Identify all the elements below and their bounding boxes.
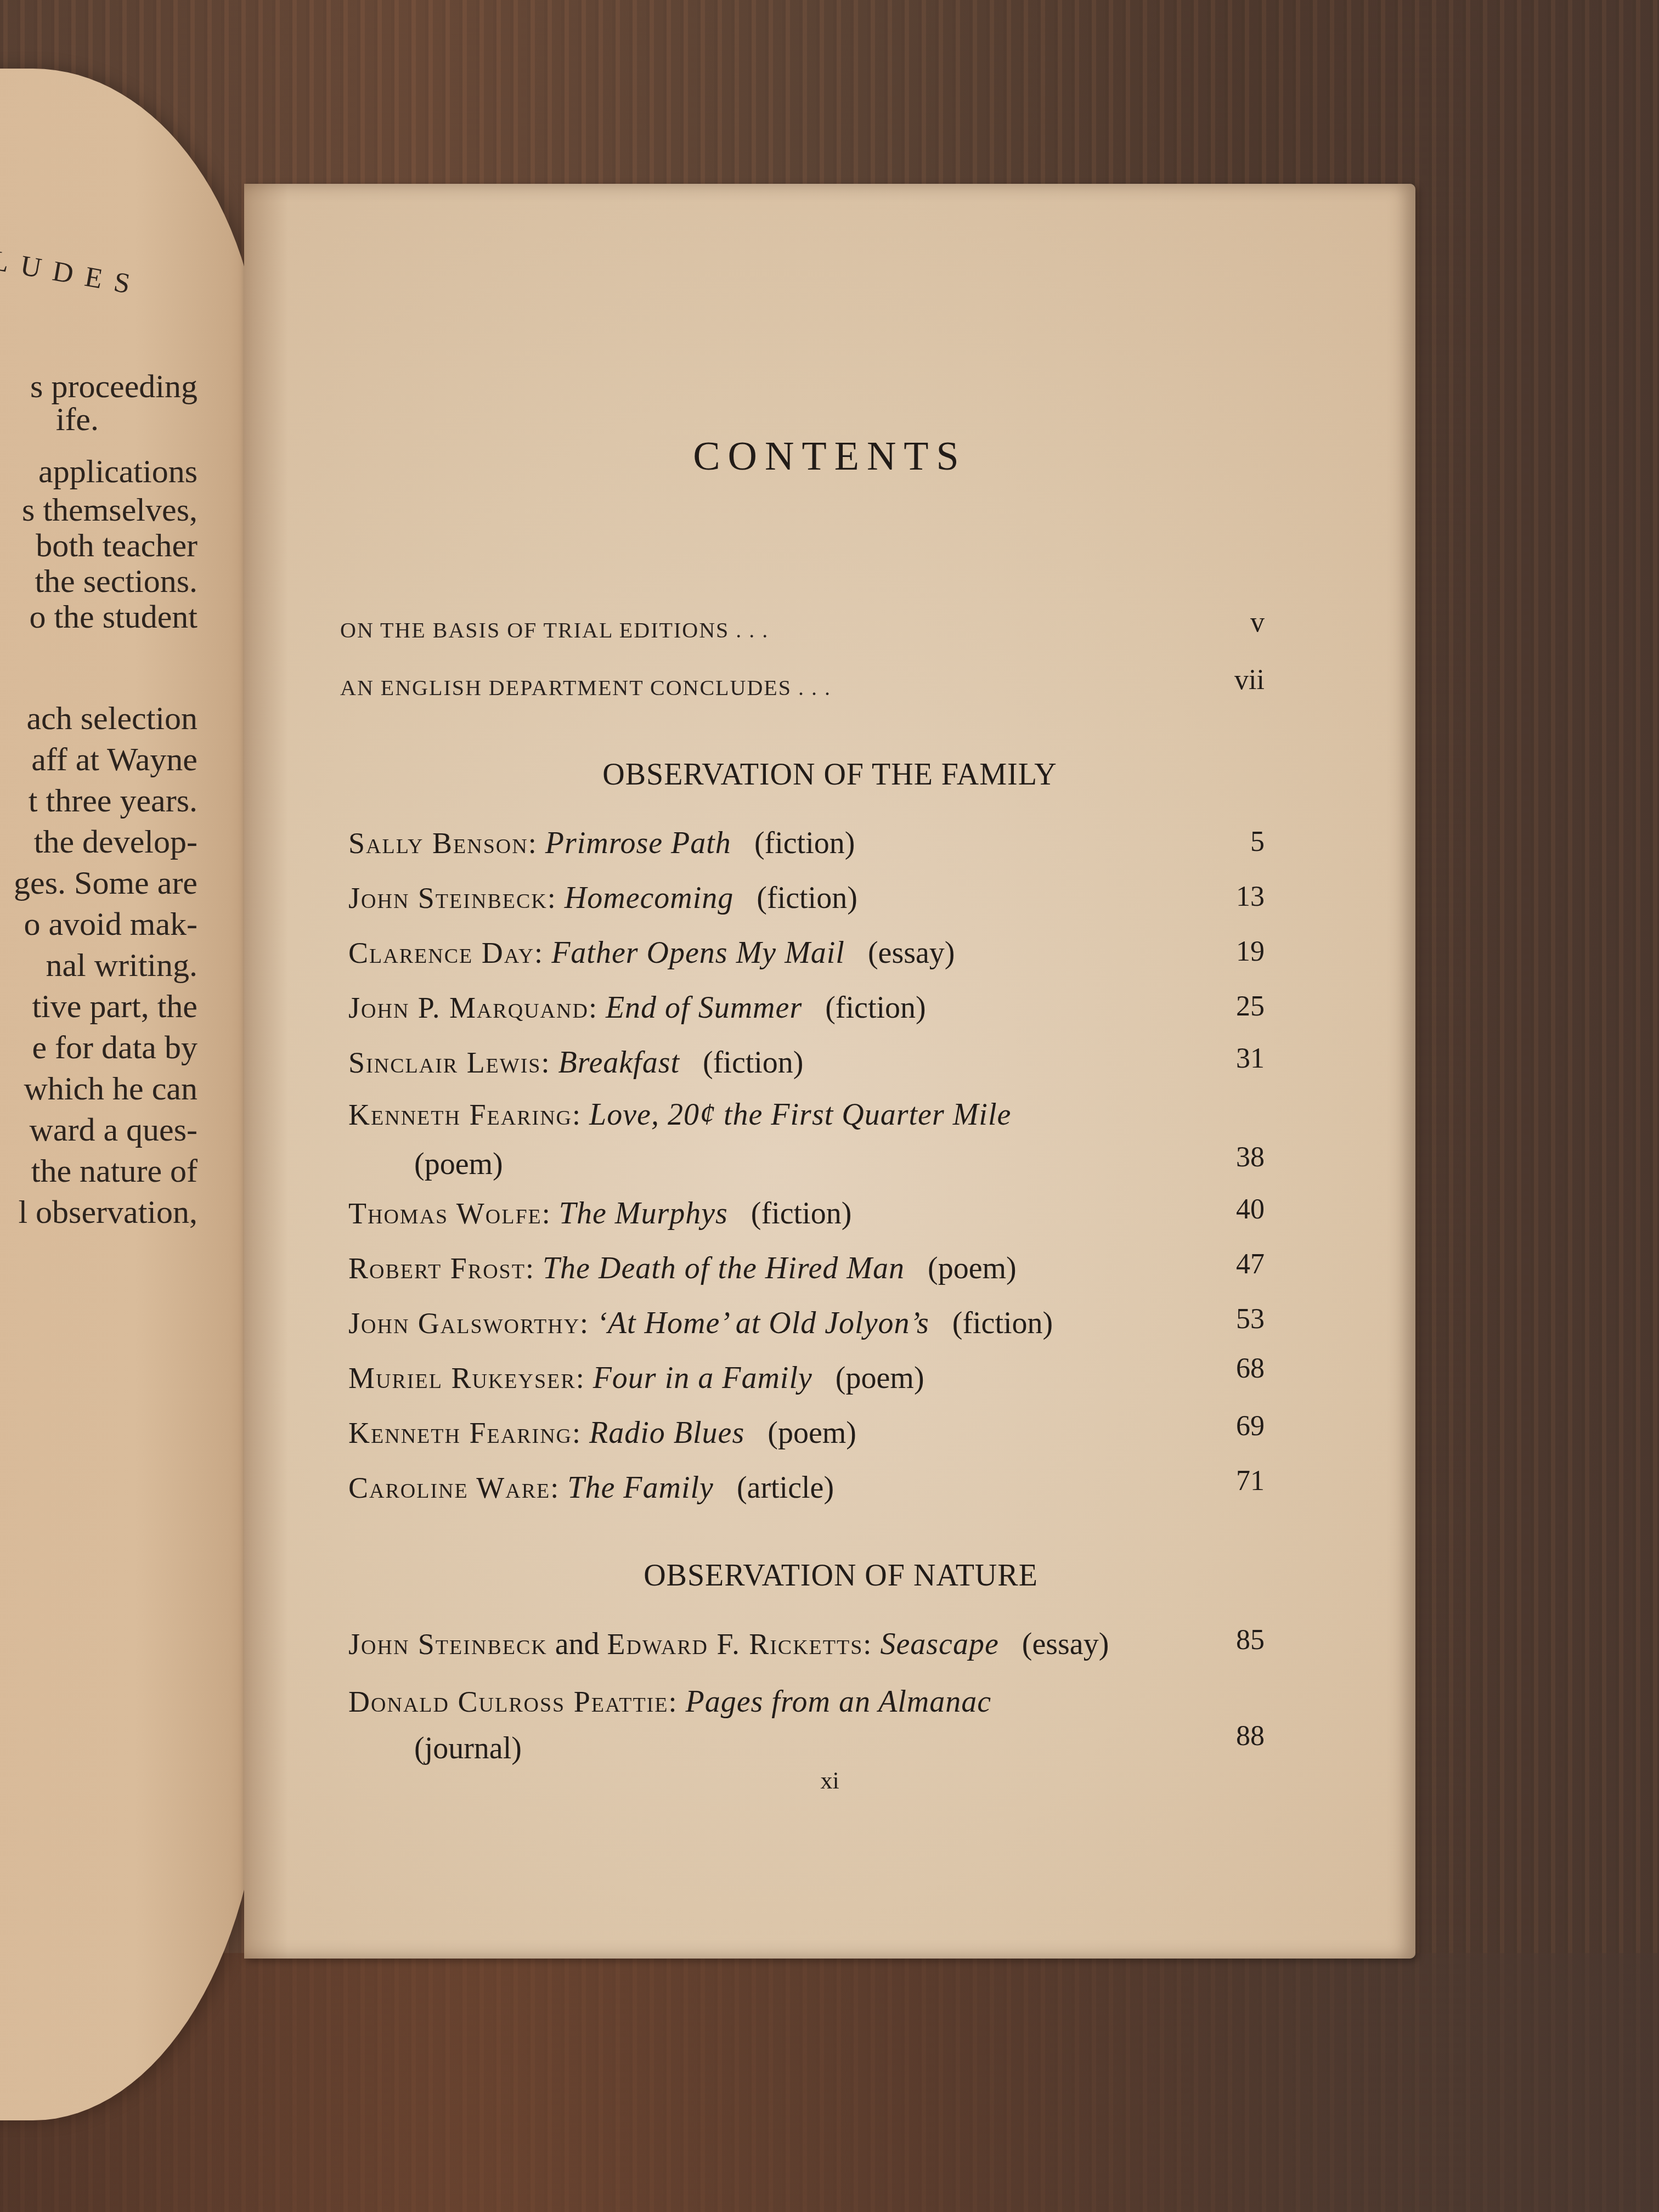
entry-genre: (fiction) bbox=[751, 1197, 851, 1231]
entry-genre: (essay) bbox=[868, 936, 955, 970]
section-heading-family: OBSERVATION OF THE FAMILY bbox=[244, 757, 1415, 792]
toc-page-number: 47 bbox=[1236, 1248, 1265, 1280]
toc-front-matter-row: ON THE BASIS OF TRIAL EDITIONS . . . bbox=[340, 617, 769, 643]
entry-title: The Family bbox=[567, 1471, 714, 1505]
entry-title: Homecoming bbox=[565, 881, 734, 915]
left-line: e for data by bbox=[32, 1029, 198, 1066]
page-folio: xi bbox=[244, 1767, 1415, 1795]
toc-page-number: 38 bbox=[1236, 1141, 1265, 1173]
left-line: ges. Some are bbox=[14, 864, 198, 902]
entry-author: Caroline Ware: bbox=[348, 1471, 560, 1504]
entry-author: John Galsworthy: bbox=[348, 1307, 589, 1340]
left-line: tive part, the bbox=[32, 988, 198, 1025]
entry-genre: (article) bbox=[737, 1471, 834, 1505]
left-line: nal writing. bbox=[46, 946, 198, 984]
left-line: ach selection bbox=[26, 699, 198, 737]
toc-page-number: 88 bbox=[1236, 1720, 1265, 1752]
entry-author: Sally Benson: bbox=[348, 827, 538, 860]
left-line: ife. bbox=[56, 400, 99, 438]
entry-author: Thomas Wolfe: bbox=[348, 1197, 551, 1230]
entry-author: Kenneth Fearing: bbox=[348, 1417, 582, 1449]
entry-genre: (fiction) bbox=[825, 991, 926, 1025]
left-line: applications bbox=[38, 453, 198, 490]
toc-entry: Sally Benson: Primrose Path (fiction) bbox=[348, 826, 855, 861]
toc-entry: John P. Marquand: End of Summer (fiction… bbox=[348, 990, 926, 1025]
toc-entry: Donald Culross Peattie: Pages from an Al… bbox=[348, 1684, 991, 1719]
left-line: s themselves, bbox=[22, 491, 198, 529]
entry-title: Primrose Path bbox=[545, 826, 731, 860]
entry-genre: (poem) bbox=[928, 1251, 1017, 1285]
entry-title: Love, 20¢ the First Quarter Mile bbox=[589, 1098, 1011, 1132]
entry-author: John Steinbeck: bbox=[348, 882, 557, 915]
entry-genre: (fiction) bbox=[754, 826, 855, 860]
left-line: o avoid mak- bbox=[24, 905, 198, 943]
page-title: CONTENTS bbox=[244, 433, 1415, 480]
left-line: both teacher bbox=[36, 527, 198, 565]
left-line: t three years. bbox=[29, 782, 198, 820]
entry-author: Donald Culross Peattie: bbox=[348, 1685, 678, 1718]
toc-entry: Muriel Rukeyser: Four in a Family (poem) bbox=[348, 1361, 924, 1396]
entry-author: Robert Frost: bbox=[348, 1252, 535, 1285]
left-line: the develop- bbox=[34, 823, 198, 861]
toc-entry: Clarence Day: Father Opens My Mail (essa… bbox=[348, 935, 955, 970]
entry-genre: (essay) bbox=[1022, 1627, 1109, 1661]
toc-front-matter-row: AN ENGLISH DEPARTMENT CONCLUDES . . . bbox=[340, 675, 831, 701]
left-line: o the student bbox=[29, 598, 198, 636]
toc-page-number: 68 bbox=[1236, 1352, 1265, 1385]
left-line: the nature of bbox=[31, 1152, 198, 1190]
toc-page-number: 69 bbox=[1236, 1410, 1265, 1442]
toc-entry: Kenneth Fearing: Radio Blues (poem) bbox=[348, 1415, 856, 1451]
entry-genre: (poem) bbox=[768, 1416, 856, 1450]
toc-page-number: 31 bbox=[1236, 1042, 1265, 1075]
left-line: l observation, bbox=[18, 1193, 198, 1231]
toc-entry: John Galsworthy: ‘At Home’ at Old Jolyon… bbox=[348, 1306, 1053, 1341]
left-line: the sections. bbox=[35, 562, 198, 600]
entry-author: John Steinbeck bbox=[348, 1628, 548, 1661]
toc-page-number: 71 bbox=[1236, 1465, 1265, 1497]
entry-title: End of Summer bbox=[606, 991, 802, 1025]
entry-author: Clarence Day: bbox=[348, 936, 544, 969]
toc-entry: John Steinbeck and Edward F. Ricketts: S… bbox=[348, 1627, 1109, 1662]
toc-entry: Caroline Ware: The Family (article) bbox=[348, 1470, 834, 1505]
entry-genre: (journal) bbox=[414, 1731, 522, 1766]
entry-genre: (fiction) bbox=[703, 1046, 803, 1080]
entry-title: ‘At Home’ at Old Jolyon’s bbox=[597, 1306, 929, 1340]
entry-genre: (poem) bbox=[414, 1147, 503, 1182]
left-line: ward a ques- bbox=[29, 1111, 198, 1149]
left-page: LUDES s proceeding ife. applications s t… bbox=[0, 69, 263, 2120]
entry-title: Four in a Family bbox=[593, 1361, 812, 1395]
left-line: s proceeding bbox=[30, 368, 198, 405]
entry-title: The Murphys bbox=[559, 1197, 728, 1231]
toc-page-number: 5 bbox=[1250, 826, 1265, 858]
section-heading-nature: OBSERVATION OF NATURE bbox=[244, 1558, 1426, 1593]
entry-author: Sinclair Lewis: bbox=[348, 1046, 550, 1079]
toc-page-number: 53 bbox=[1236, 1303, 1265, 1335]
entry-title: Pages from an Almanac bbox=[685, 1685, 991, 1719]
toc-entry: Thomas Wolfe: The Murphys (fiction) bbox=[348, 1196, 851, 1231]
toc-page-number: 13 bbox=[1236, 881, 1265, 913]
toc-page-number: vii bbox=[1234, 664, 1265, 696]
left-line: aff at Wayne bbox=[31, 741, 198, 778]
entry-author: Muriel Rukeyser: bbox=[348, 1362, 585, 1395]
entry-author: Kenneth Fearing: bbox=[348, 1098, 582, 1131]
entry-conjunction: and bbox=[555, 1627, 600, 1661]
entry-title: Father Opens My Mail bbox=[551, 936, 845, 970]
toc-page-number: 40 bbox=[1236, 1193, 1265, 1226]
entry-title: The Death of the Hired Man bbox=[543, 1251, 905, 1285]
entry-author: John P. Marquand: bbox=[348, 991, 598, 1024]
entry-genre: (poem) bbox=[836, 1361, 924, 1395]
entry-genre: (fiction) bbox=[757, 881, 857, 915]
right-page-contents: CONTENTS ON THE BASIS OF TRIAL EDITIONS … bbox=[244, 184, 1415, 1959]
toc-page-number: 19 bbox=[1236, 935, 1265, 968]
toc-page-number: v bbox=[1250, 606, 1265, 639]
toc-entry: John Steinbeck: Homecoming (fiction) bbox=[348, 881, 857, 916]
left-page-text: LUDES s proceeding ife. applications s t… bbox=[0, 69, 263, 2120]
toc-page-number: 85 bbox=[1236, 1624, 1265, 1656]
entry-title: Radio Blues bbox=[589, 1416, 744, 1450]
toc-entry: Sinclair Lewis: Breakfast (fiction) bbox=[348, 1045, 804, 1080]
entry-title: Breakfast bbox=[558, 1046, 680, 1080]
left-line: which he can bbox=[24, 1070, 198, 1108]
entry-title: Seascape bbox=[880, 1627, 998, 1661]
entry-genre: (fiction) bbox=[952, 1306, 1053, 1340]
toc-entry: Kenneth Fearing: Love, 20¢ the First Qua… bbox=[348, 1097, 1011, 1132]
toc-page-number: 25 bbox=[1236, 990, 1265, 1023]
entry-author-2: Edward F. Ricketts: bbox=[607, 1628, 873, 1661]
toc-entry: Robert Frost: The Death of the Hired Man… bbox=[348, 1251, 1017, 1286]
left-running-head: LUDES bbox=[0, 244, 144, 302]
